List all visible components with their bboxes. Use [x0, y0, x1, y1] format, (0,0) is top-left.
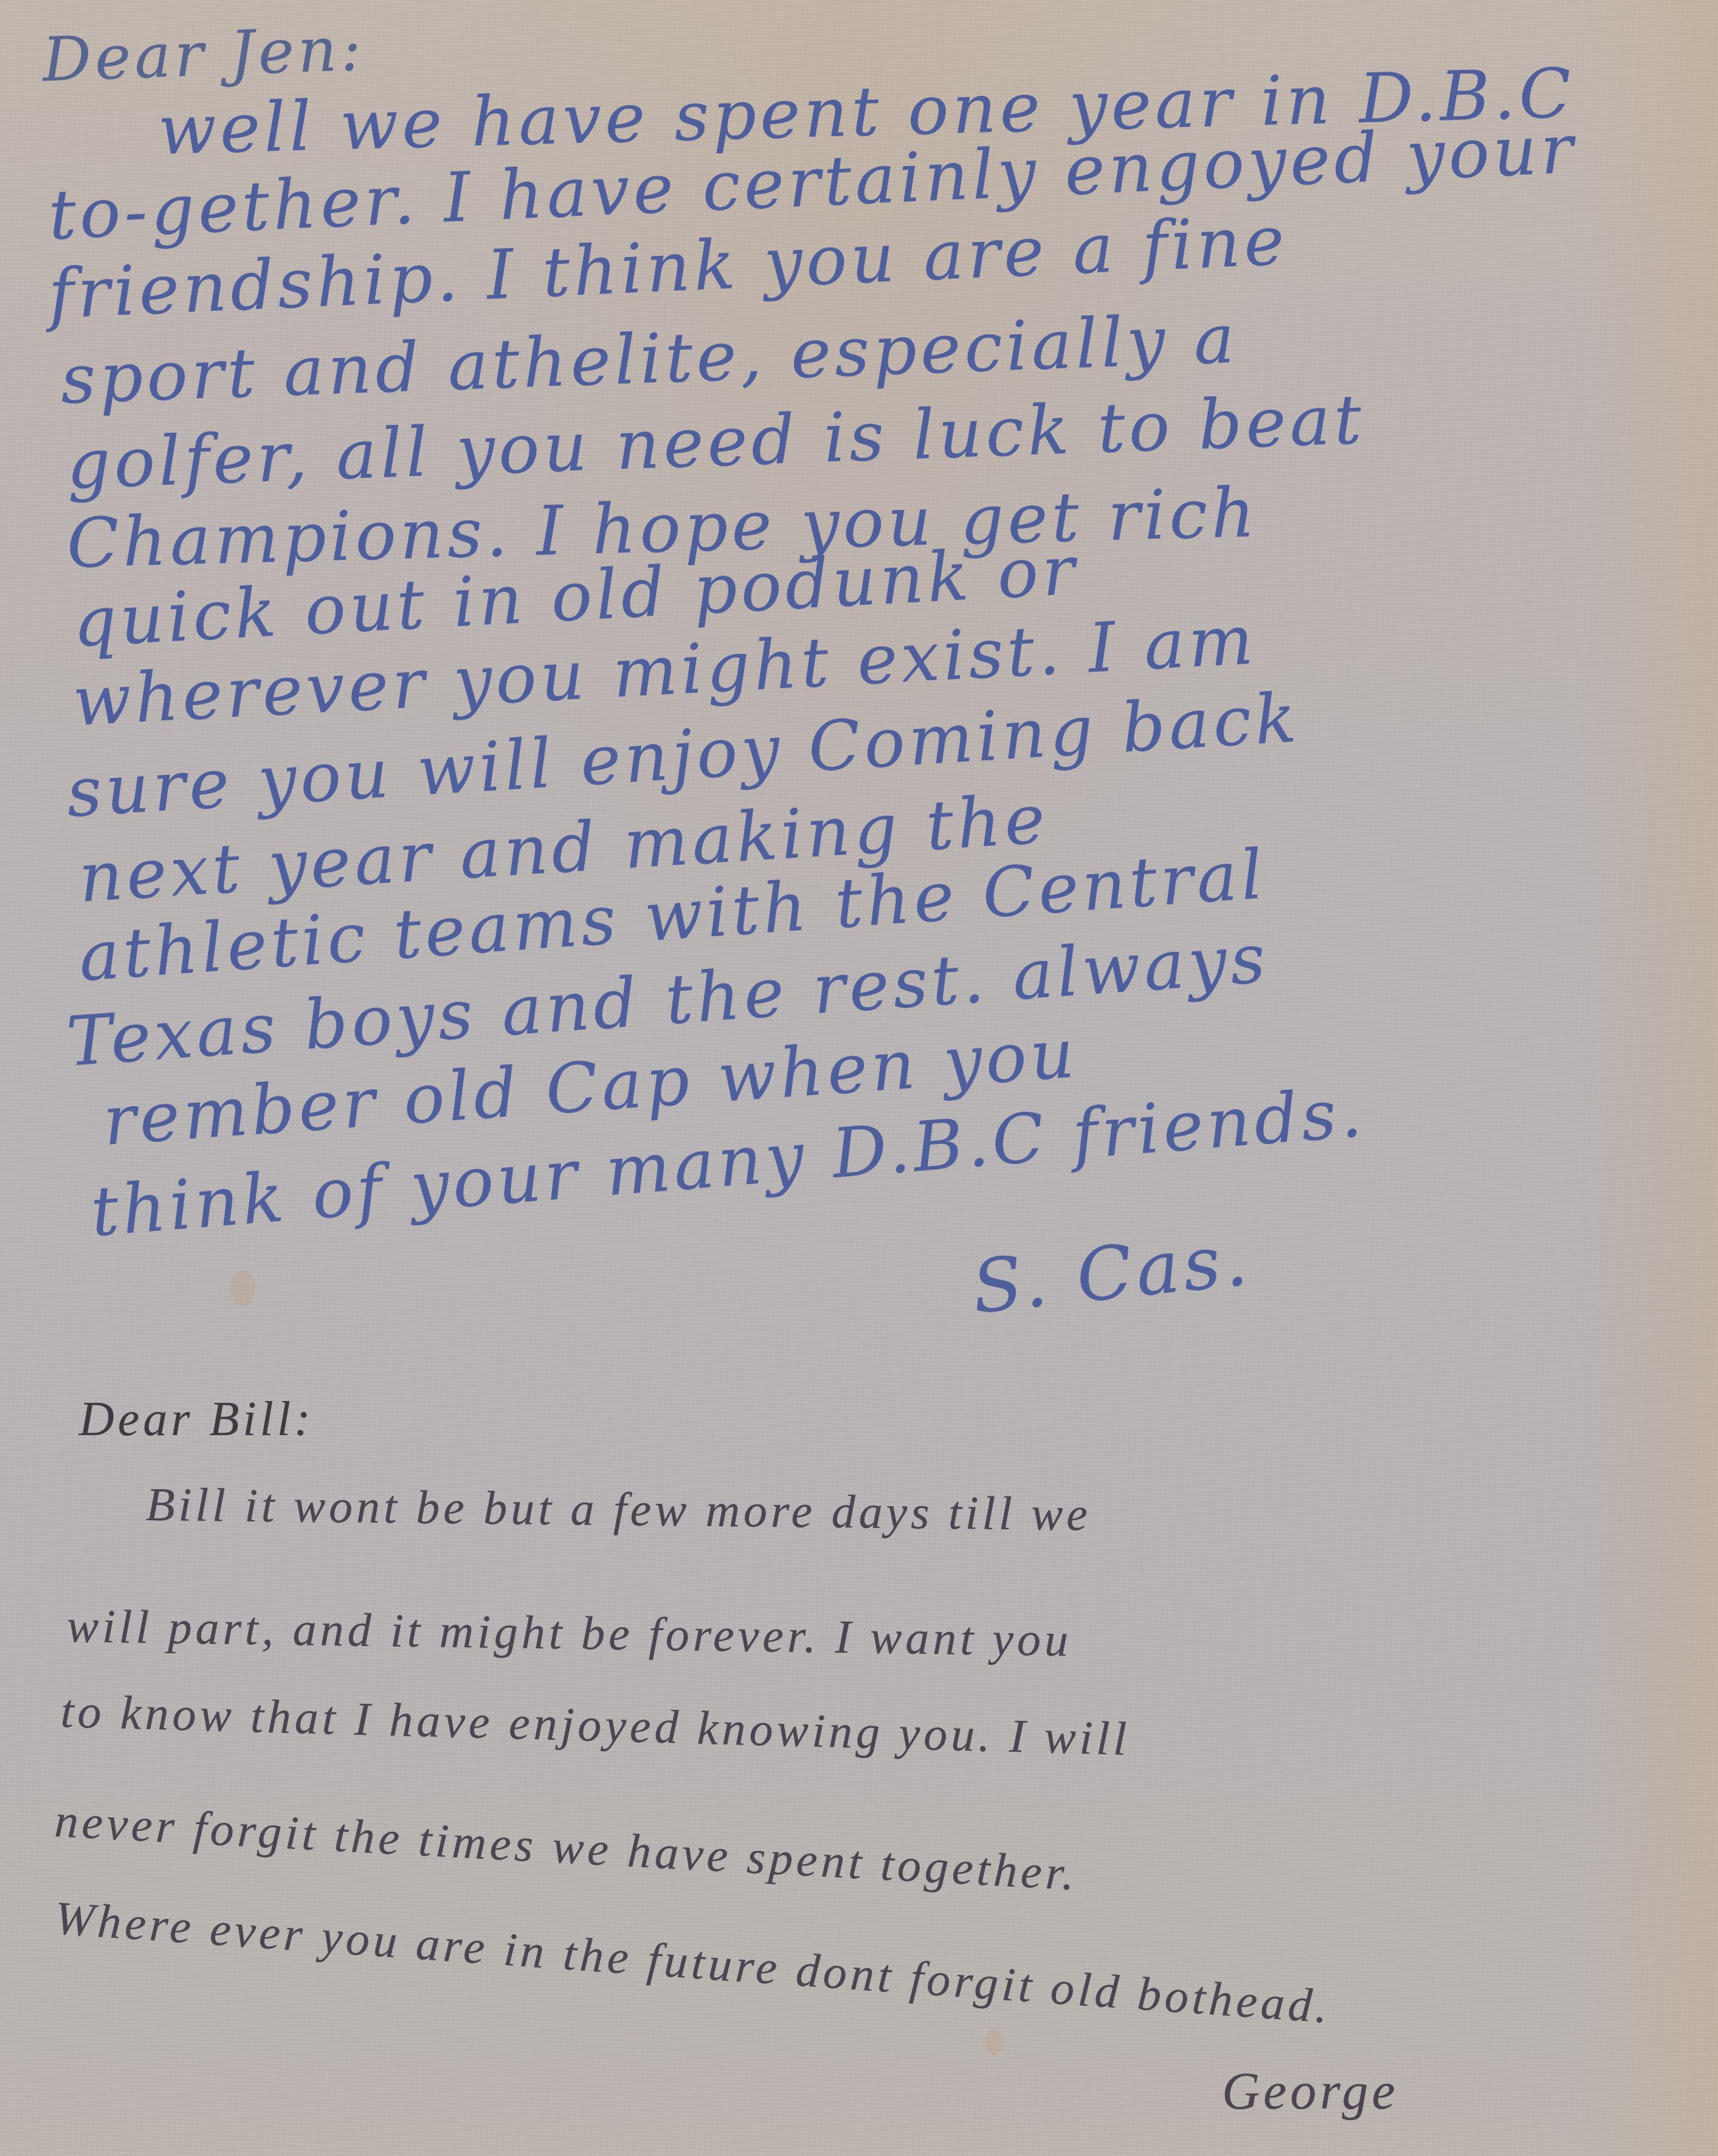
letter-2-salutation: Dear Bill: — [79, 1392, 314, 1447]
letter-1-salutation: Dear Jen: — [41, 13, 366, 95]
letter-2-signature: George — [1222, 2061, 1399, 2121]
autograph-page: Dear Jen: well we have spent one year in… — [0, 0, 1718, 2156]
letter-2-line: never forgit the times we have spent tog… — [53, 1793, 1080, 1901]
letter-1-signature: S. Cas. — [968, 1217, 1255, 1330]
paper-stain — [231, 1270, 255, 1307]
letter-2-line: Bill it wont be but a few more days till… — [146, 1477, 1092, 1541]
letter-2-line: Where ever you are in the future dont fo… — [53, 1890, 1333, 2034]
letter-2-line: will part, and it might be forever. I wa… — [66, 1599, 1072, 1667]
paper-stain — [985, 2030, 1003, 2054]
letter-2-line: to know that I have enjoyed knowing you.… — [60, 1684, 1131, 1766]
